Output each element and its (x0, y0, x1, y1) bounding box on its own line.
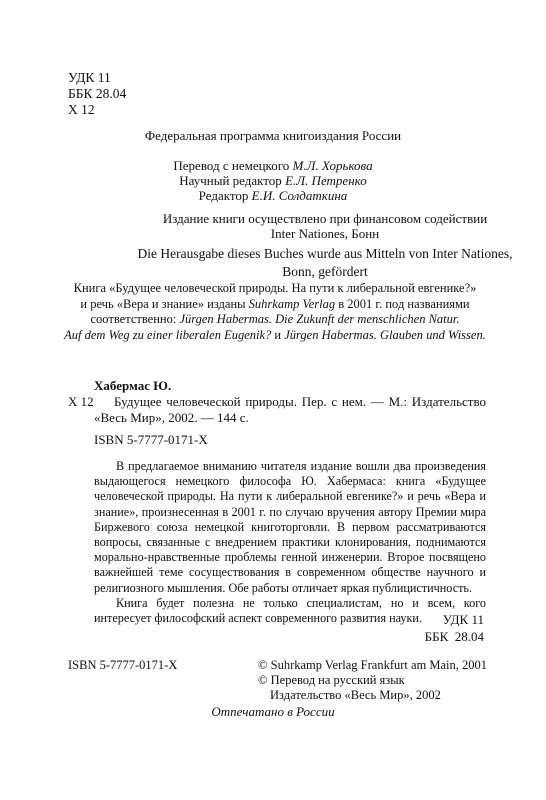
bibliographic-code: Х 12 (68, 394, 94, 410)
author-mark: Х 12 (68, 102, 126, 118)
editor-credit: Редактор Е.И. Солдаткина (0, 188, 546, 203)
credits-block: Перевод с немецкого М.Л. Хорькова Научны… (0, 158, 546, 203)
federal-program-note: Федеральная программа книгоиздания Росси… (0, 128, 546, 143)
copyright-publisher: Издательство «Весь Мир», 2002 (258, 688, 487, 703)
copyright-translation: © Перевод на русский язык (258, 673, 487, 688)
bibliographic-author: Хабермас Ю. (94, 378, 171, 394)
isbn: ISBN 5-7777-0171-Х (94, 432, 208, 448)
udk-code: УДК 11 (68, 70, 126, 86)
printed-in-russia: Отпечатано в России (0, 704, 546, 720)
copyright-block: © Suhrkamp Verlag Frankfurt am Main, 200… (258, 658, 487, 703)
support-note-de: Die Herausgabe dieses Buches wurde aus M… (120, 245, 530, 281)
classification-codes-top: УДК 11 ББК 28.04 Х 12 (68, 70, 126, 118)
support-note-ru: Издание книги осуществлено при финансово… (130, 211, 520, 241)
translator-name: М.Л. Хорькова (292, 158, 372, 173)
bbk-code: ББК 28.04 (425, 628, 484, 645)
classification-codes-bottom: УДК 11 ББК 28.04 (425, 611, 484, 645)
scientific-editor-credit: Научный редактор Е.Л. Петренко (0, 173, 546, 188)
scientific-editor-name: Е.Л. Петренко (285, 173, 367, 188)
isbn-bottom: ISBN 5-7777-0171-Х (68, 658, 177, 673)
udk-code: УДК 11 (425, 611, 484, 628)
abstract-paragraph: В предлагаемое вниманию читателя издание… (94, 459, 486, 596)
translator-credit: Перевод с немецкого М.Л. Хорькова (0, 158, 546, 173)
abstract: В предлагаемое вниманию читателя издание… (94, 459, 486, 626)
editor-name: Е.И. Солдаткина (252, 188, 348, 203)
bibliographic-description: Будущее человеческой природы. Пер. с нем… (94, 394, 486, 426)
original-edition-note: Книга «Будущее человеческой природы. На … (40, 281, 510, 343)
copyright-original: © Suhrkamp Verlag Frankfurt am Main, 200… (258, 658, 487, 673)
bbk-code: ББК 28.04 (68, 86, 126, 102)
